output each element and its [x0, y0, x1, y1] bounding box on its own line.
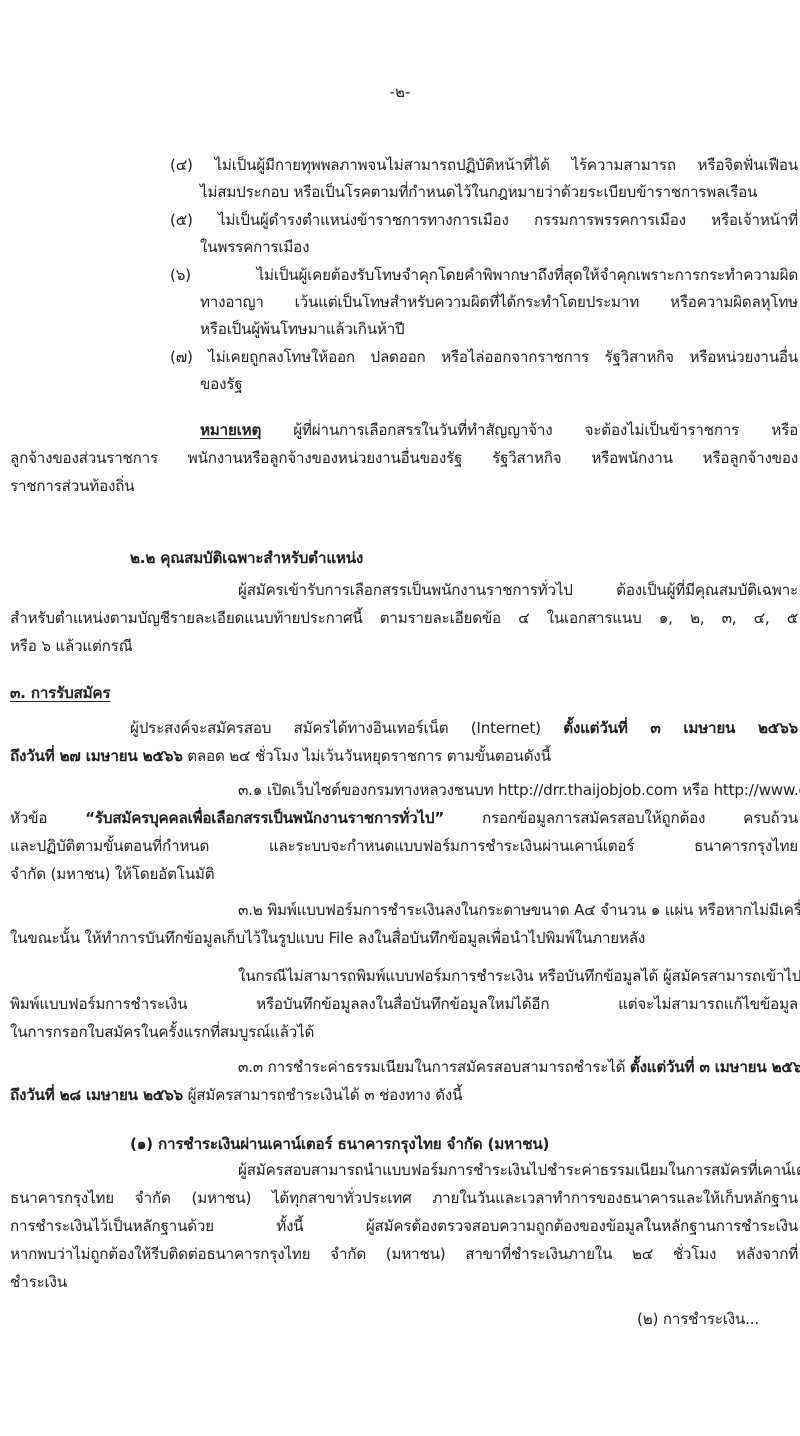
item-3-1-line-4: จำกัด (มหาชน) ให้โดยอัตโนมัติ	[10, 864, 214, 884]
topic-suffix: กรอกข้อมูลการสมัครสอบให้ถูกต้อง ครบถ้วน	[444, 809, 798, 827]
remark-text: ผู้ที่ผ่านการเลือกสรรในวันที่ทำสัญญาจ้าง…	[261, 421, 798, 439]
start-date: ตั้งแต่วันที่ ๓ เมษายน ๒๕๖๖	[563, 719, 798, 737]
payment-end-date: ถึงวันที่ ๒๘ เมษายน ๒๕๖๖	[10, 1086, 183, 1104]
qualification-4-line-1: (๔) ไม่เป็นผู้มีกายทุพพลภาพจนไม่สามารถปฏ…	[170, 155, 798, 175]
item-3-2-line-2: ในขณะนั้น ให้ทำการบันทึกข้อมูลเก็บไว้ในร…	[10, 928, 645, 948]
payment-1-line-4: หากพบว่าไม่ถูกต้องให้รีบติดต่อธนาคารกรุง…	[10, 1244, 798, 1264]
item-3-3-line-2: ถึงวันที่ ๒๘ เมษายน ๒๕๖๖ ผู้สมัครสามารถช…	[10, 1085, 462, 1105]
item-3-2-note-line-3: ในการกรอกใบสมัครในครั้งแรกที่สมบูรณ์แล้ว…	[10, 1022, 314, 1042]
item-3-1-line-3: และปฏิบัติตามขั้นตอนที่กำหนด และระบบจะกำ…	[10, 836, 798, 856]
payment-1-heading: (๑) การชำระเงินผ่านเคาน์เตอร์ ธนาคารกรุง…	[130, 1134, 549, 1154]
intro-text-2: ตลอด ๒๔ ชั่วโมง ไม่เว้นวันหยุดราชการ ตาม…	[183, 747, 551, 765]
topic-title: “รับสมัครบุคคลเพื่อเลือกสรรเป็นพนักงานรา…	[85, 809, 444, 827]
item-3-2-line-1: ๓.๒ พิมพ์แบบฟอร์มการชำระเงินลงในกระดาษขน…	[238, 900, 798, 920]
section-3-intro-line-1: ผู้ประสงค์จะสมัครสอบ สมัครได้ทางอินเทอร์…	[130, 718, 798, 738]
item-3-1-line-2: หัวข้อ “รับสมัครบุคคลเพื่อเลือกสรรเป็นพน…	[10, 808, 798, 828]
item-3-1-line-1: ๓.๑ เปิดเว็บไซต์ของกรมทางหลวงชนบท http:/…	[238, 780, 798, 800]
qualification-5-line-2: ในพรรคการเมือง	[200, 237, 309, 257]
continuation-text: (๒) การชำระเงิน...	[637, 1309, 759, 1329]
payment-text-2: ผู้สมัครสามารถชำระเงินได้ ๓ ช่องทาง ดังน…	[183, 1086, 462, 1104]
remark-label: หมายเหตุ	[200, 421, 261, 439]
payment-1-line-3: การชำระเงินไว้เป็นหลักฐานด้วย ทั้งนี้ ผู…	[10, 1216, 798, 1236]
remark-line-1: หมายเหตุ ผู้ที่ผ่านการเลือกสรรในวันที่ทำ…	[200, 420, 798, 440]
document-page: -๒- (๔) ไม่เป็นผู้มีกายทุพพลภาพจนไม่สามา…	[0, 0, 800, 1436]
qualification-6-line-1: (๖) ไม่เป็นผู้เคยต้องรับโทษจำคุกโดยคำพิพ…	[170, 265, 798, 285]
page-number: -๒-	[0, 80, 800, 104]
qualification-4-line-2: ไม่สมประกอบ หรือเป็นโรคตามที่กำหนดไว้ในก…	[200, 182, 757, 202]
item-3-3-line-1: ๓.๓ การชำระค่าธรรมเนียมในการสมัครสอบสามา…	[238, 1057, 798, 1077]
section-2-2-line-3: หรือ ๖ แล้วแต่กรณี	[10, 636, 133, 656]
remark-line-2: ลูกจ้างของส่วนราชการ พนักงานหรือลูกจ้างข…	[10, 448, 798, 468]
qualification-6-line-2: ทางอาญา เว้นแต่เป็นโทษสำหรับความผิดที่ได…	[200, 292, 798, 312]
qualification-7-line-2: ของรัฐ	[200, 374, 242, 394]
payment-start-date: ตั้งแต่วันที่ ๓ เมษายน ๒๕๖๖	[630, 1058, 800, 1076]
payment-text: ๓.๓ การชำระค่าธรรมเนียมในการสมัครสอบสามา…	[238, 1058, 630, 1076]
section-2-2-line-1: ผู้สมัครเข้ารับการเลือกสรรเป็นพนักงานราช…	[238, 580, 798, 600]
topic-prefix: หัวข้อ	[10, 809, 85, 827]
intro-text: ผู้ประสงค์จะสมัครสอบ สมัครได้ทางอินเทอร์…	[130, 719, 563, 737]
qualification-6-line-3: หรือเป็นผู้พ้นโทษมาแล้วเกินห้าปี	[200, 319, 405, 339]
item-3-2-note-line-2: พิมพ์แบบฟอร์มการชำระเงิน หรือบันทึกข้อมู…	[10, 994, 798, 1014]
payment-1-line-2: ธนาคารกรุงไทย จำกัด (มหาชน) ได้ทุกสาขาทั…	[10, 1188, 798, 1208]
remark-line-3: ราชการส่วนท้องถิ่น	[10, 476, 134, 496]
qualification-5-line-1: (๕) ไม่เป็นผู้ดำรงตำแหน่งข้าราชการทางการ…	[170, 210, 798, 230]
item-3-2-note-line-1: ในกรณีไม่สามารถพิมพ์แบบฟอร์มการชำระเงิน …	[238, 966, 798, 986]
section-3-heading: ๓. การรับสมัคร	[10, 683, 110, 703]
section-2-2-heading: ๒.๒ คุณสมบัติเฉพาะสำหรับตำแหน่ง	[130, 548, 363, 568]
payment-1-line-1: ผู้สมัครสอบสามารถนำแบบฟอร์มการชำระเงินไป…	[238, 1160, 798, 1180]
payment-1-line-5: ชำระเงิน	[10, 1272, 67, 1292]
end-date: ถึงวันที่ ๒๗ เมษายน ๒๕๖๖	[10, 747, 183, 765]
section-2-2-line-2: สำหรับตำแหน่งตามบัญชีรายละเอียดแนบท้ายปร…	[10, 608, 798, 628]
qualification-7-line-1: (๗) ไม่เคยถูกลงโทษให้ออก ปลดออก หรือไล่อ…	[170, 347, 798, 367]
section-3-intro-line-2: ถึงวันที่ ๒๗ เมษายน ๒๕๖๖ ตลอด ๒๔ ชั่วโมง…	[10, 746, 551, 766]
